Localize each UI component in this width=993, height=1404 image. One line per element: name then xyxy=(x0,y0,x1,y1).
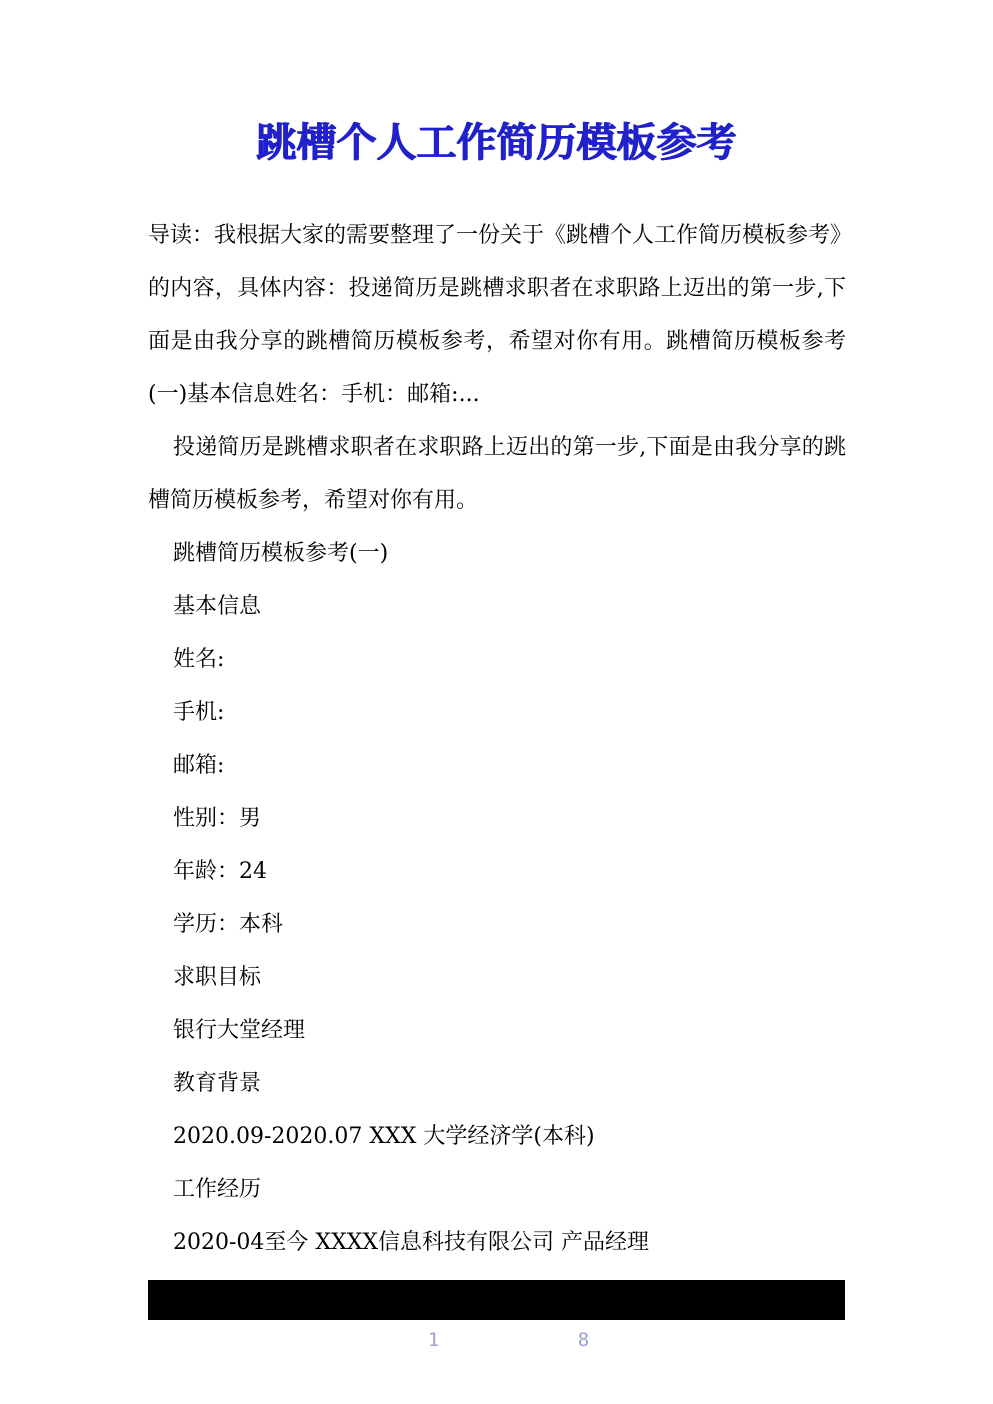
footer-total-page-label: 页 xyxy=(603,1320,622,1360)
body-line: 银行大堂经理 xyxy=(148,1004,846,1057)
footer-page-prefix: 第 xyxy=(395,1320,414,1360)
body-line: 学历：本科 xyxy=(148,898,846,951)
body-line: 性别：男 xyxy=(148,792,846,845)
body-line: 的内容，具体内容：投递简历是跳槽求职者在求职路上迈出的第一步,下 xyxy=(148,262,846,315)
footer-total-label: 总页数 xyxy=(507,1320,564,1360)
body-line: 投递简历是跳槽求职者在求职路上迈出的第一步,下面是由我分享的跳 xyxy=(148,421,846,474)
body-line: 跳槽简历模板参考(一) xyxy=(148,527,846,580)
body-line: 手机: xyxy=(148,686,846,739)
body-line: (一)基本信息姓名：手机：邮箱:... xyxy=(148,368,846,421)
body-line: 年龄：24 xyxy=(148,845,846,898)
body-line: 导读：我根据大家的需要整理了一份关于《跳槽个人工作简历模板参考》 xyxy=(148,209,846,262)
body-line: 槽简历模板参考，希望对你有用。 xyxy=(148,474,846,527)
page-number-current: 1 xyxy=(428,1320,439,1360)
body-line: 面是由我分享的跳槽简历模板参考，希望对你有用。跳槽简历模板参考 xyxy=(148,315,846,368)
footer-page-label: 页 xyxy=(453,1320,472,1360)
document-title: 跳槽个人工作简历模板参考 xyxy=(0,118,993,168)
body-line: 姓名: xyxy=(148,633,846,686)
footer-separator: / xyxy=(486,1320,492,1360)
body-line: 邮箱: xyxy=(148,739,846,792)
body-line: 2020-04至今 XXXX信息科技有限公司 产品经理 xyxy=(148,1216,846,1269)
body-line: 2020.09-2020.07 XXX 大学经济学(本科) xyxy=(148,1110,846,1163)
body-line: 求职目标 xyxy=(148,951,846,1004)
body-line: 基本信息 xyxy=(148,580,846,633)
document-body: 导读：我根据大家的需要整理了一份关于《跳槽个人工作简历模板参考》 的内容，具体内… xyxy=(148,209,846,1269)
body-line: 工作经历 xyxy=(148,1163,846,1216)
page-number-total: 8 xyxy=(578,1320,589,1360)
document-page: 跳槽个人工作简历模板参考 导读：我根据大家的需要整理了一份关于《跳槽个人工作简历… xyxy=(0,0,993,1404)
body-line: 教育背景 xyxy=(148,1057,846,1110)
page-footer: 第1页/总页数8页 xyxy=(148,1280,845,1320)
